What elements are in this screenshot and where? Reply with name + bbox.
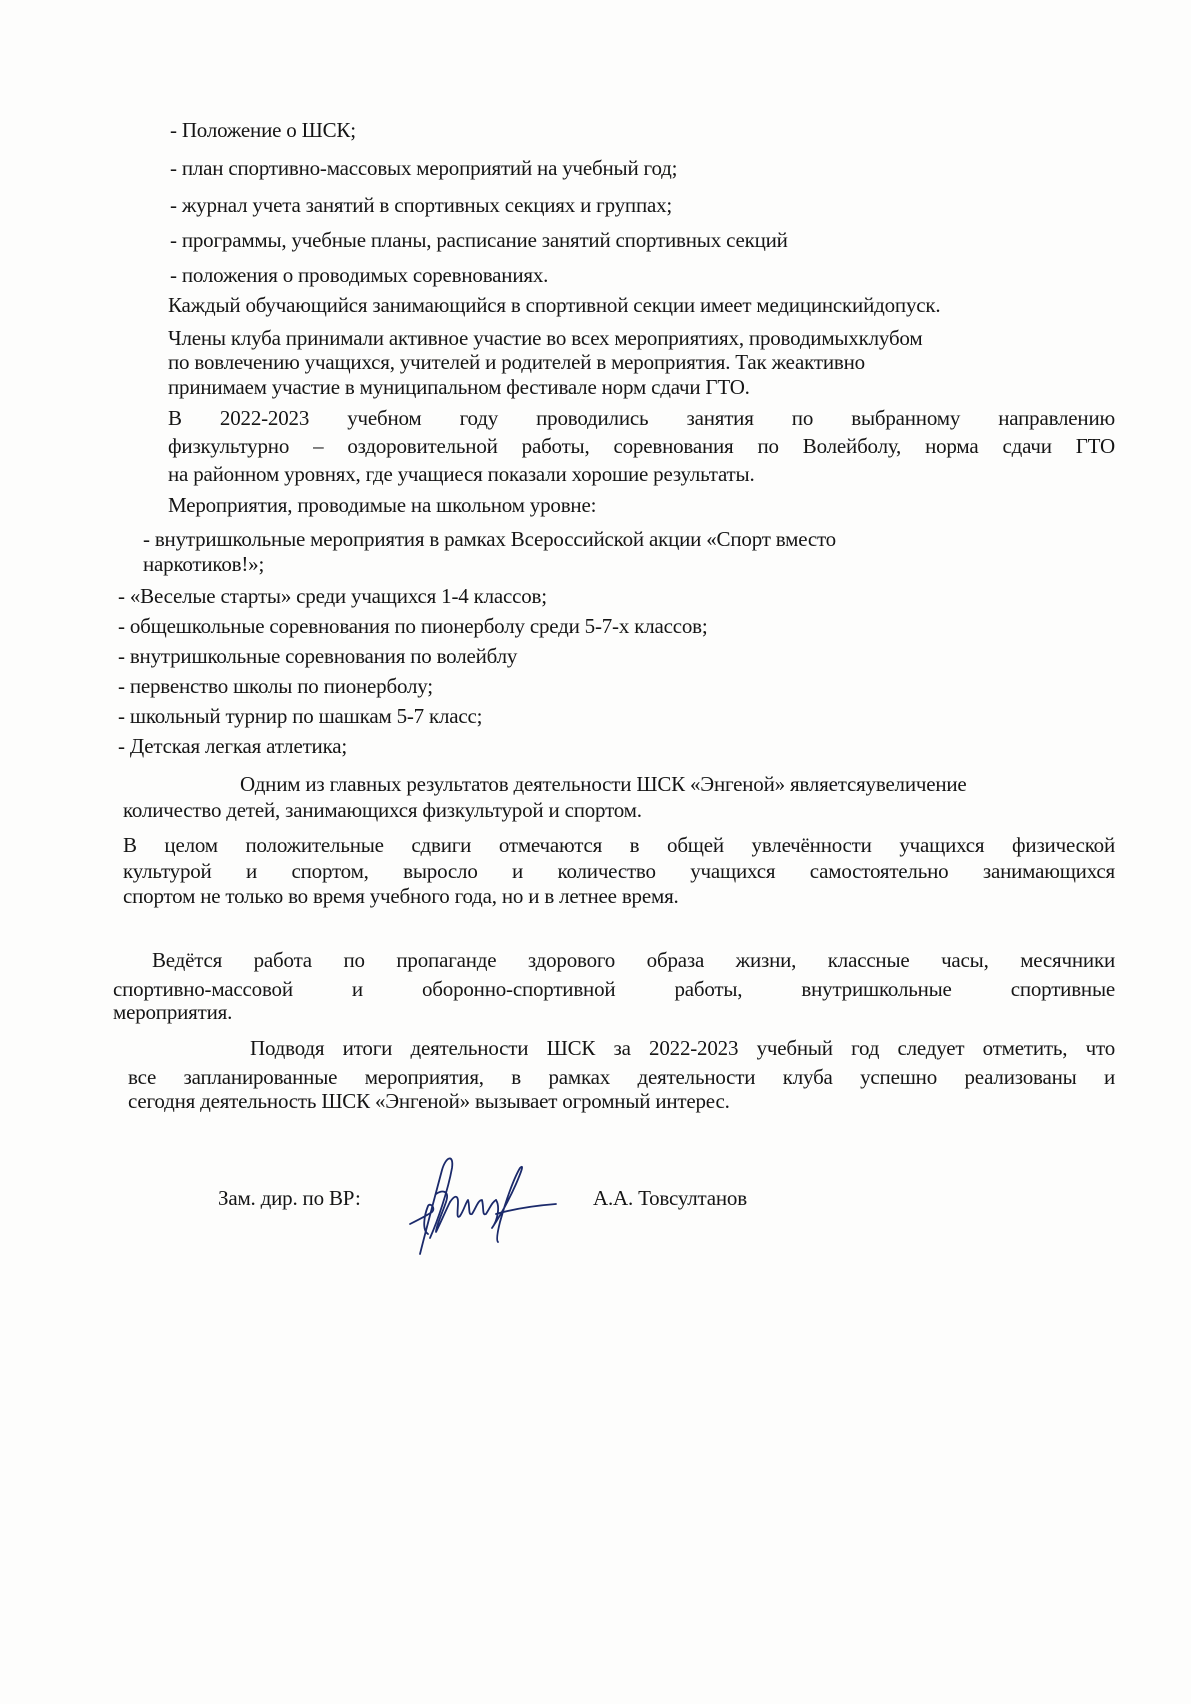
paragraph-line: Одним из главных результатов деятельност… [240, 771, 967, 797]
paragraph-line: по вовлечению учащихся, учителей и родит… [168, 349, 865, 375]
list-item: - первенство школы по пионерболу; [118, 673, 433, 699]
paragraph-line: В целом положительные сдвиги отмечаются … [123, 832, 1115, 858]
list-item: - Положение о ШСК; [170, 117, 356, 143]
list-item: - положения о проводимых соревнованиях. [170, 262, 548, 288]
signatory-name: А.А. Товсултанов [593, 1185, 747, 1211]
events-heading: Мероприятия, проводимые на школьном уров… [168, 492, 596, 518]
paragraph-line: Члены клуба принимали активное участие в… [168, 325, 922, 351]
list-item: - внутришкольные соревнования по волейбл… [118, 643, 517, 669]
paragraph-line: В 2022-2023 учебном году проводились зан… [168, 405, 1115, 431]
paragraph-line: принимаем участие в муниципальном фестив… [168, 374, 750, 400]
list-item: - Детская легкая атлетика; [118, 733, 347, 759]
paragraph-line: спортом не только во время учебного года… [123, 883, 679, 909]
list-item: - внутришкольные мероприятия в рамках Вс… [143, 526, 836, 552]
medical-paragraph: Каждый обучающийся занимающийся в спорти… [168, 292, 940, 318]
list-item: - общешкольные соревнования по пионербол… [118, 613, 708, 639]
document-page: - Положение о ШСК; - план спортивно-масс… [0, 0, 1191, 1704]
paragraph-line: все запланированные мероприятия, в рамка… [128, 1064, 1115, 1090]
paragraph-line: мероприятия. [113, 999, 232, 1025]
signatory-position: Зам. дир. по ВР: [218, 1185, 361, 1211]
paragraph-line: на районном уровнях, где учащиеся показа… [168, 461, 755, 487]
paragraph-line: Подводя итоги деятельности ШСК за 2022-2… [250, 1035, 1115, 1061]
list-item: - «Веселые старты» среди учащихся 1-4 кл… [118, 583, 547, 609]
paragraph-line: количество детей, занимающихся физкульту… [123, 797, 642, 823]
list-item: - программы, учебные планы, расписание з… [170, 227, 788, 253]
list-item-continuation: наркотиков!»; [143, 551, 264, 577]
paragraph-line: культурой и спортом, выросло и количеств… [123, 858, 1115, 884]
list-item: - план спортивно-массовых мероприятий на… [170, 155, 677, 181]
handwritten-signature-icon [400, 1150, 560, 1260]
list-item: - школьный турнир по шашкам 5-7 класс; [118, 703, 482, 729]
paragraph-line: Ведётся работа по пропаганде здорового о… [152, 947, 1115, 973]
paragraph-line: спортивно-массовой и оборонно-спортивной… [113, 976, 1115, 1002]
list-item: - журнал учета занятий в спортивных секц… [170, 192, 672, 218]
paragraph-line: физкультурно – оздоровительной работы, с… [168, 433, 1115, 459]
paragraph-line: сегодня деятельность ШСК «Энгеной» вызыв… [128, 1088, 730, 1114]
